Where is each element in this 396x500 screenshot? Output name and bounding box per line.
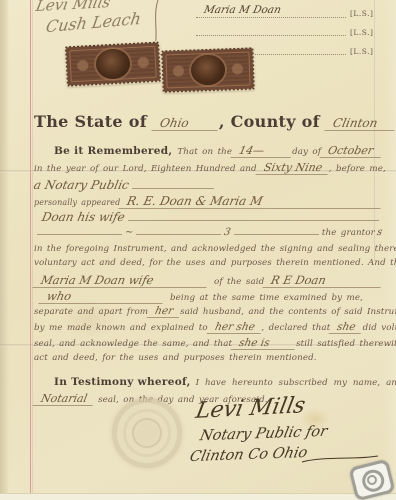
husband-name-value: R E Doan (263, 273, 384, 288)
fill-rule (132, 188, 214, 189)
fill-rule (234, 234, 319, 235)
state-value: Ohio (151, 116, 220, 131)
sign-line-text: did voluntarily sign, (363, 323, 396, 333)
body-line-1: Be it Remembered, That on the 14— day of… (34, 144, 382, 158)
revenue-stamp-icon (65, 42, 161, 87)
testimony-text: I have hereunto subscribed my name, and … (196, 378, 396, 388)
body-line-5: Doan his wife (34, 210, 382, 224)
body-line-14: act and deed, for the uses and purposes … (34, 353, 382, 363)
paper-left-edge (0, 0, 9, 500)
satisfied-line-text: still satisfied therewith, as (296, 339, 396, 349)
notary-public-value: a Notary Public (33, 178, 131, 192)
husband-line-text: said husband, and the contents of said I… (180, 307, 396, 317)
seal-line-text: seal, and acknowledge the same, and that (34, 339, 232, 349)
her-value: her (147, 305, 182, 318)
state-label: The State of (34, 112, 147, 131)
month-value: October (320, 144, 384, 158)
seal-marker-1: [L.S.] (350, 9, 373, 18)
revenue-stamp-icon (161, 47, 254, 92)
county-label: , County of (219, 112, 320, 131)
notary-title-line-1: Notary Public for (198, 424, 328, 445)
year-line-text: in the year of our Lord, Eighteen Hundre… (34, 164, 257, 174)
stray-mark-1: ~ (124, 227, 135, 238)
grantor-signature: Maria M Doan (203, 4, 282, 16)
her-she-value: her she (206, 321, 262, 334)
signature-row-2 (196, 22, 346, 36)
acknowledged-line-text: in the foregoing Instrument, and acknowl… (34, 244, 396, 254)
body-line-13: seal, and acknowledge the same, and that… (34, 337, 382, 350)
body-line-10: who being at the same time examined by m… (34, 289, 382, 304)
voluntary-line-text: voluntary act and deed, for the uses and… (34, 258, 396, 268)
separate-line-text: separate and apart from (34, 307, 148, 317)
body-line-7: in the foregoing Instrument, and acknowl… (34, 242, 382, 254)
grantor-label: the grantor (322, 228, 375, 238)
wife-name-value: Maria M Doan wife (32, 273, 209, 288)
personally-appeared-label: personally appeared (34, 198, 120, 207)
examined-line-text: being at the same time examined by me, (170, 293, 363, 303)
be-it-remembered-label: Be it Remembered, (54, 145, 172, 157)
body-line-9: Maria M Doan wife of the said R E Doan (34, 273, 382, 288)
notary-signature: Levi Mills (194, 393, 308, 424)
stray-mark-2: 3 (223, 227, 232, 238)
before-me-text: , before me, (329, 164, 386, 174)
appeared-names-value-2: Doan his wife (41, 210, 127, 224)
body-line-6: ~ 3 the grantor s (34, 227, 382, 238)
body-line-8: voluntary act and deed, for the uses and… (34, 258, 382, 268)
paper-bottom-edge (0, 493, 396, 500)
that-on-the: That on the (177, 147, 232, 157)
day-value: 14— (231, 144, 294, 158)
who-value: who (38, 289, 165, 304)
county-value: Clinton (324, 116, 396, 131)
margin-rule-line (30, 0, 31, 495)
body-line-4: personally appeared R. E. Doan & Maria M (34, 194, 382, 209)
in-testimony-label: In Testimony whereof, (54, 376, 191, 388)
declared-that-label: , declared that (261, 323, 330, 333)
fill-rule (136, 234, 221, 235)
fill-rule (128, 220, 379, 221)
document-photo: Levi Mills Cush Leach Maria M Doan [L.S.… (0, 0, 396, 500)
fill-rule (37, 234, 122, 235)
seal-inner-ring (132, 418, 162, 448)
body-line-12: by me made known and explained to her sh… (34, 321, 382, 334)
seal-marker-2: [L.S.] (350, 28, 373, 37)
appeared-names-value: R. E. Doan & Maria M (119, 194, 384, 209)
body-line-3: a Notary Public (34, 178, 382, 192)
testimony-line-1: In Testimony whereof, I have hereunto su… (34, 376, 382, 388)
seal-marker-3: [L.S.] (350, 47, 373, 56)
signature-row-1: Maria M Doan (196, 3, 346, 18)
day-of: day of (292, 147, 321, 157)
explained-line-text: by me made known and explained to (34, 323, 208, 333)
she-value: she (329, 321, 364, 334)
title-line: The State of Ohio , County of Clinton , … (34, 112, 382, 131)
she-is-value: she is (231, 337, 298, 350)
notarial-value: Notarial (33, 392, 96, 406)
act-deed-line-text: act and deed, for the uses and purposes … (34, 353, 317, 363)
year-value: Sixty Nine (255, 161, 330, 175)
notary-embossed-seal-icon (112, 398, 182, 468)
of-the-said-label: of the said (214, 277, 264, 287)
body-line-11: separate and apart from her said husband… (34, 305, 382, 318)
notary-title-line-2: Clinton Co Ohio (188, 445, 309, 465)
body-line-2: in the year of our Lord, Eighteen Hundre… (34, 161, 382, 175)
